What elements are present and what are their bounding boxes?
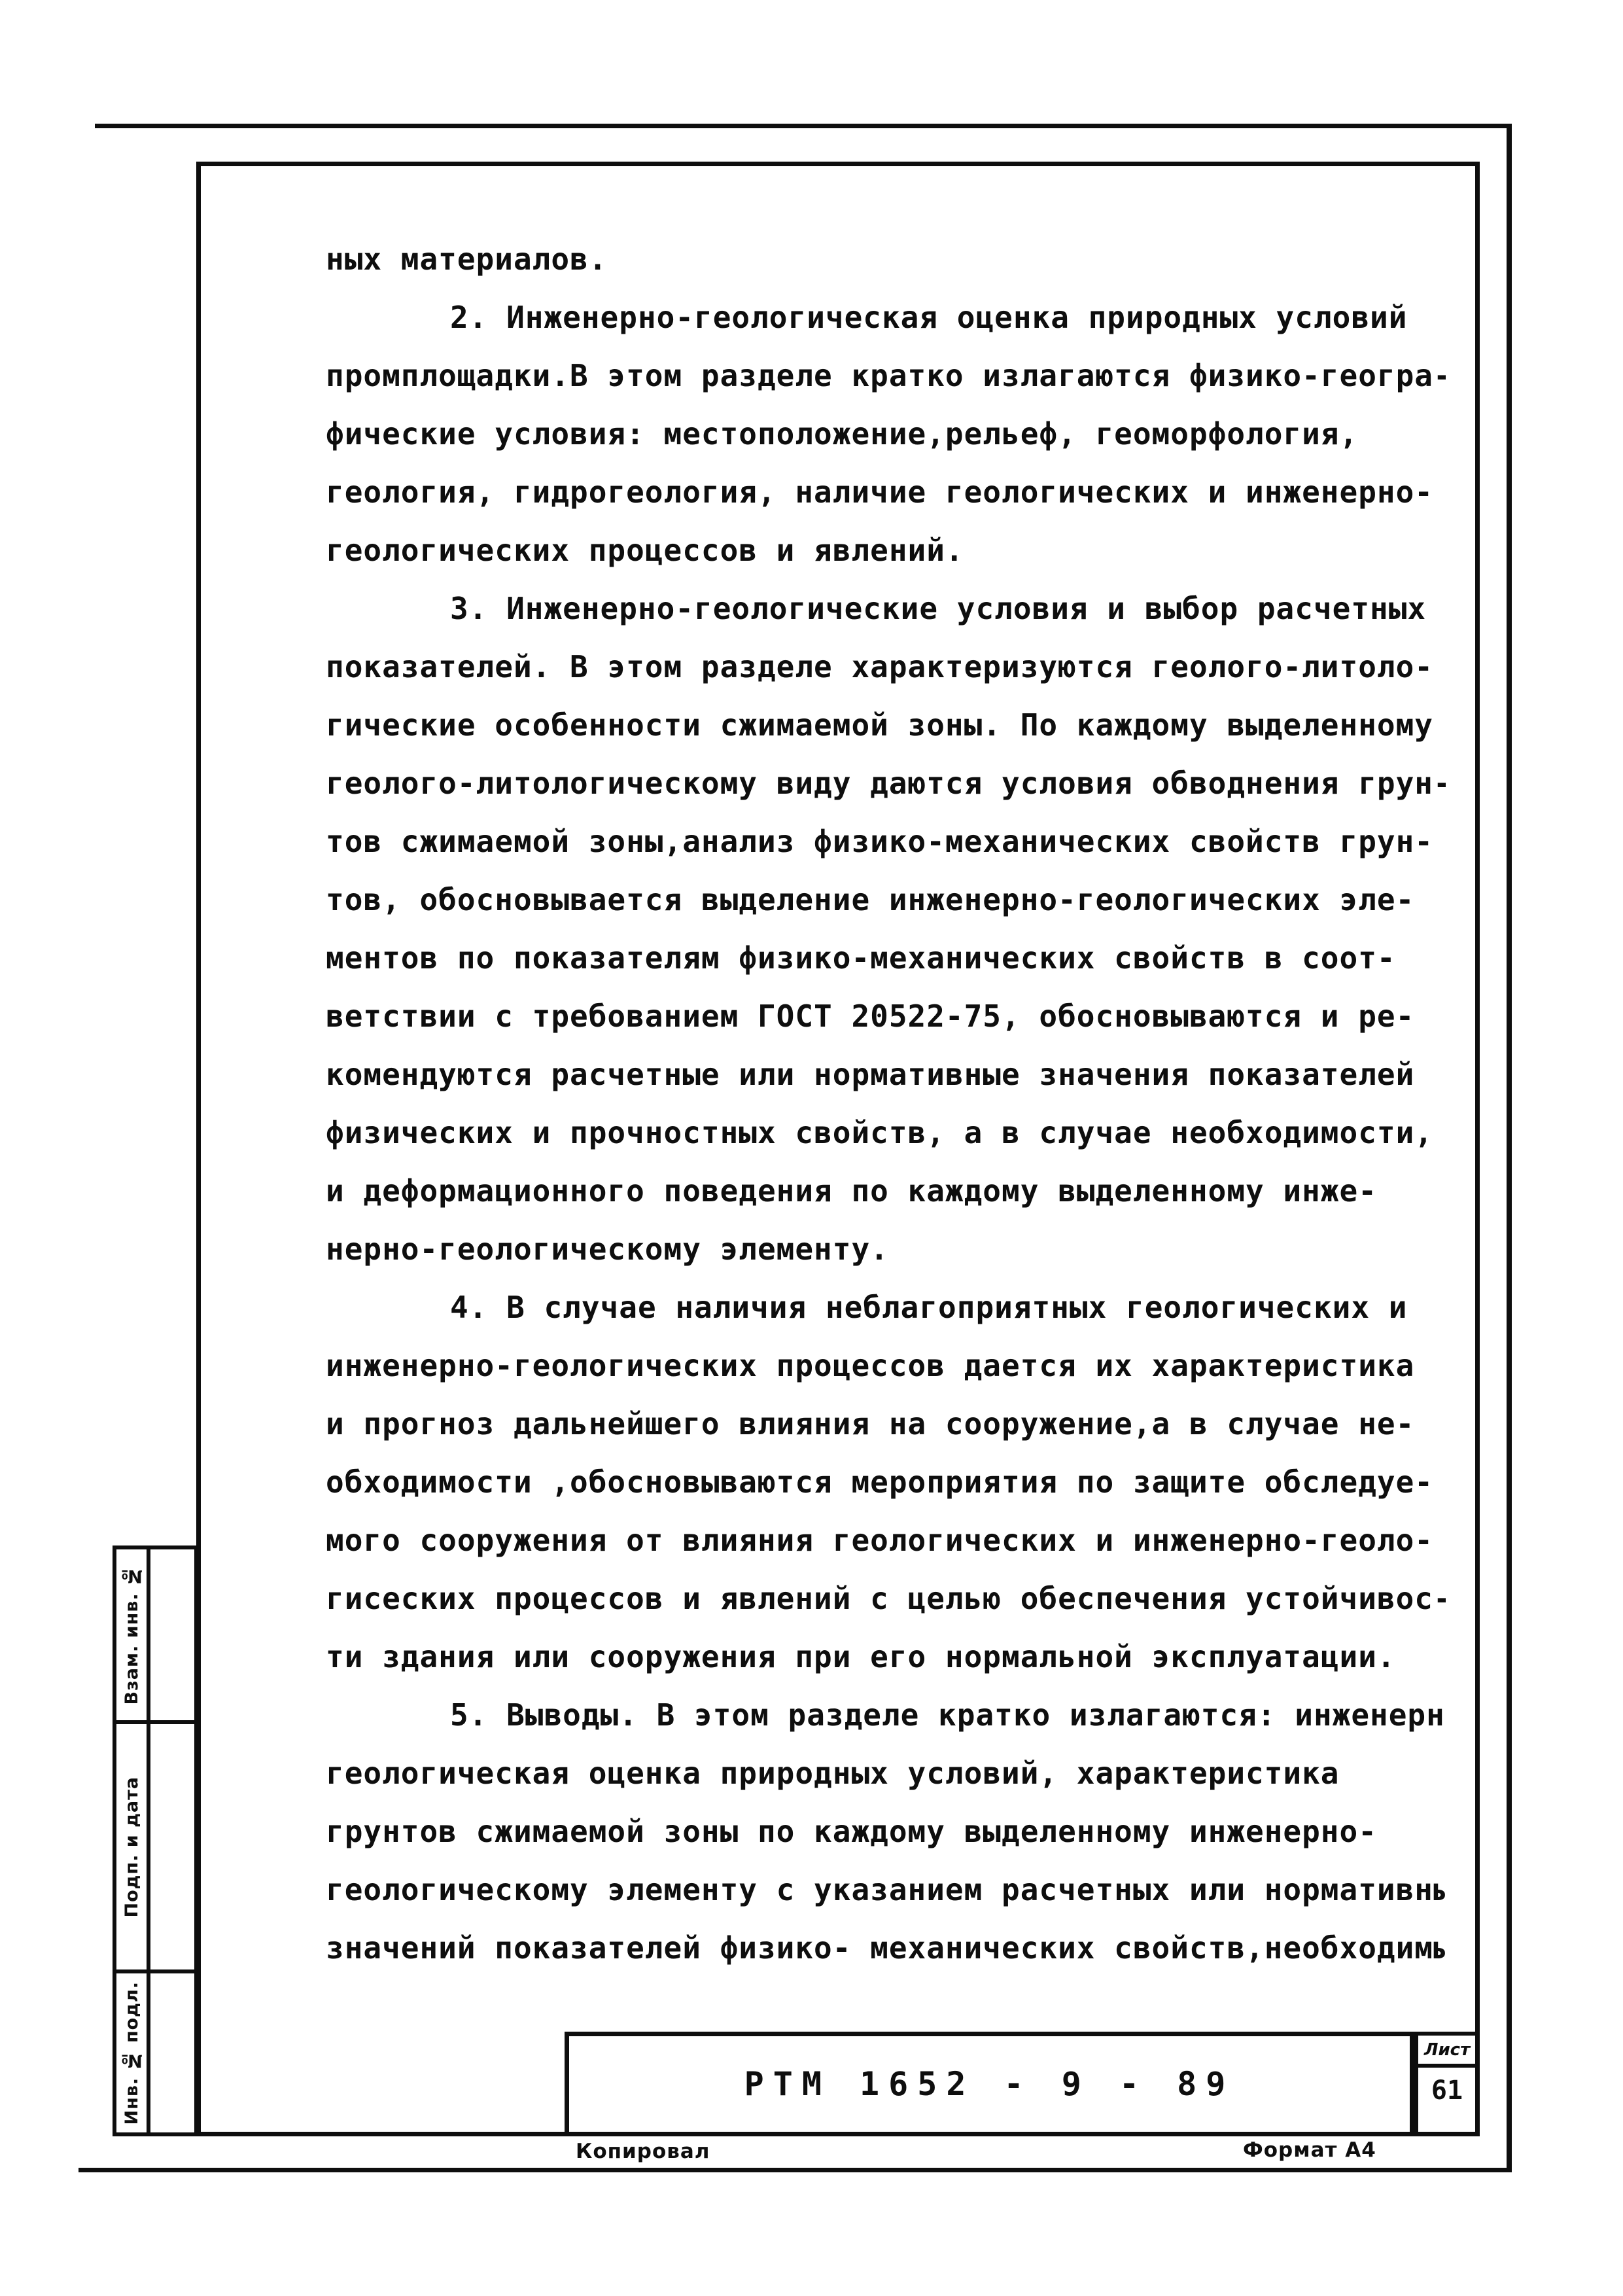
text-line: геологическая оценка природных условий, … [326, 1744, 1446, 1803]
text-line: физических и прочностных свойств, а в сл… [326, 1104, 1446, 1162]
stamp-label: Инв. № подл. [122, 1981, 142, 2125]
text-line: промплощадки.В этом разделе кратко излаг… [326, 347, 1446, 405]
copied-by-label: Копировал [576, 2140, 710, 2163]
scan-edge-bottom [79, 2168, 1512, 2172]
sheet-label-cell: Лист [1414, 2032, 1480, 2068]
text-line: грунтов сжимаемой зоны по каждому выделе… [326, 1803, 1446, 1861]
text-line: комендуются расчетные или нормативные зн… [326, 1046, 1446, 1104]
sheet-column: Лист 61 [1414, 2032, 1480, 2136]
text-line: показателей. В этом разделе характеризую… [326, 638, 1446, 696]
text-line: мого сооружения от влияния геологических… [326, 1511, 1446, 1570]
stamp-blank-box [150, 1549, 194, 1720]
text-line: нерно-геологическому элементу. [326, 1220, 1446, 1279]
stamp-label-box: Подп. и дата [116, 1724, 150, 1969]
stamp-label-box: Взам. инв. № [116, 1549, 150, 1720]
text-line: геолого-литологическому виду даются усло… [326, 754, 1446, 813]
text-line: геология, гидрогеология, наличие геологи… [326, 463, 1446, 521]
text-line: обходимости ,обосновываются мероприятия … [326, 1453, 1446, 1511]
text-line: ных материалов. [326, 230, 1446, 289]
text-line: гисеских процессов и явлений с целью обе… [326, 1570, 1446, 1628]
scan-edge-top [95, 124, 1511, 128]
stamp-cell-inv-podl: Инв. № подл. [113, 1969, 198, 2136]
stamp-blank-box [150, 1973, 194, 2132]
sheet-label: Лист [1424, 2040, 1470, 2060]
text-line: ветствии с требованием ГОСТ 20522-75, об… [326, 987, 1446, 1046]
text-line: 5. Выводы. В этом разделе кратко излагаю… [326, 1686, 1446, 1744]
text-line: тов сжимаемой зоны,анализ физико-механич… [326, 813, 1446, 871]
sheet-number: 61 [1431, 2075, 1463, 2106]
scanned-document-page: ных материалов. 2. Инженерно-геологическ… [0, 0, 1623, 2296]
text-line: и прогноз дальнейшего влияния на сооруже… [326, 1395, 1446, 1453]
text-line: ти здания или сооружения при его нормаль… [326, 1628, 1446, 1686]
side-stamp-column: Взам. инв. № Подп. и дата Инв. № подл. [113, 1545, 198, 2136]
text-line: геологических процессов и явлений. [326, 521, 1446, 580]
stamp-label: Взам. инв. № [122, 1565, 142, 1705]
text-line: фические условия: местоположение,рельеф,… [326, 405, 1446, 463]
text-line: и деформационного поведения по каждому в… [326, 1162, 1446, 1220]
format-label: Формат А4 [1243, 2138, 1376, 2162]
text-line: 3. Инженерно-геологические условия и выб… [326, 580, 1446, 638]
text-line: инженерно-геологических процессов дается… [326, 1337, 1446, 1395]
sheet-number-cell: 61 [1414, 2064, 1480, 2136]
text-line: ментов по показателям физико-механически… [326, 929, 1446, 987]
stamp-label-box: Инв. № подл. [116, 1973, 150, 2132]
stamp-cell-vzam-inv: Взам. инв. № [113, 1545, 198, 1724]
text-line: значений показателей физико- механически… [326, 1919, 1446, 1977]
stamp-label: Подп. и дата [122, 1776, 142, 1917]
text-line: гические особенности сжимаемой зоны. По … [326, 696, 1446, 754]
stamp-blank-box [150, 1724, 194, 1969]
text-line: 4. В случае наличия неблагоприятных геол… [326, 1279, 1446, 1337]
body-text: ных материалов. 2. Инженерно-геологическ… [326, 230, 1446, 1984]
text-line: тов, обосновывается выделение инженерно-… [326, 871, 1446, 929]
title-block: РТМ 1652 - 9 - 89 [565, 2032, 1414, 2136]
text-line: 2. Инженерно-геологическая оценка природ… [326, 289, 1446, 347]
document-number: РТМ 1652 - 9 - 89 [744, 2065, 1235, 2103]
text-line: геологическому элементу с указанием расч… [326, 1861, 1446, 1919]
scan-edge-right [1507, 124, 1512, 2172]
stamp-cell-podp-data: Подп. и дата [113, 1720, 198, 1973]
